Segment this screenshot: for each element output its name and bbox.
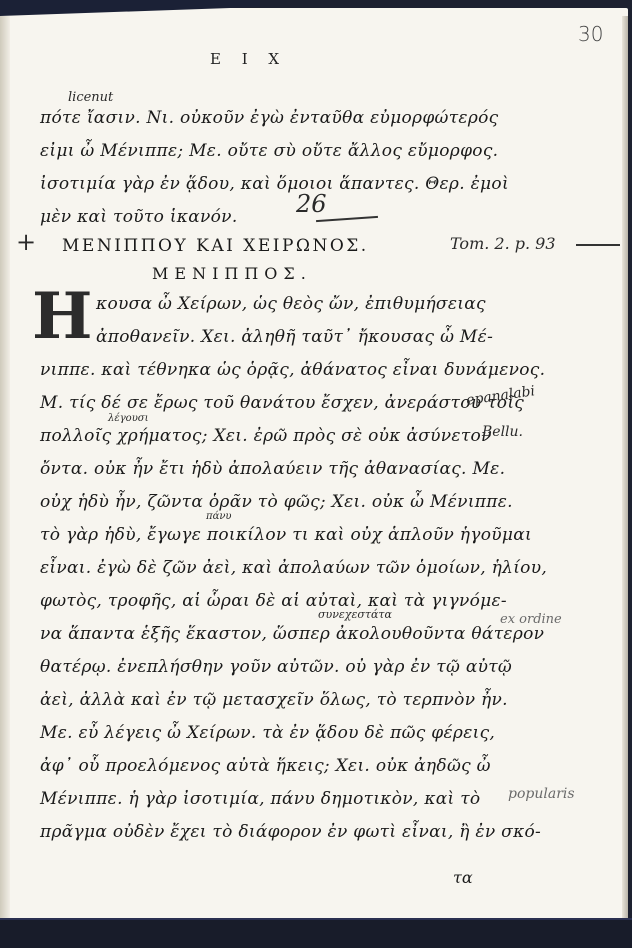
text-line: οὐχ ἡδὺ ἦν, ζῶντα ὁρᾶν τὸ φῶς; Χει. οὐκ … [40,492,513,512]
text-line: ἀφ᾽ οὗ προελόμενος αὐτὰ ἥκεις; Χει. οὐκ … [40,756,491,776]
text-line: ἰσοτιμία γὰρ ἐν ᾅδου, καὶ ὅμοιοι ἅπαντες… [40,174,509,194]
section-number-note: 26 [296,190,327,218]
marginal-note: ex ordine [500,612,562,627]
folio-number: 30 [578,22,603,46]
marginal-note: Bellu. [482,424,523,440]
section-title: ΜΕΝΙΠΠΟΥ ΚΑΙ ΧΕΙΡΩΝΟΣ. [62,236,369,256]
text-line: εἶναι. ἐγὼ δὲ ζῶν ἀεὶ, καὶ ἀπολαύων τῶν … [40,558,547,578]
text-line: πρᾶγμα οὐδὲν ἔχει τὸ διάφορον ἐν φωτὶ εἶ… [40,822,541,842]
text-line: θατέρῳ. ἐνεπλήσθην γοῦν αὐτῶν. οὐ γὰρ ἐν… [40,657,512,677]
text-line: πότε ἴασιν. Νι. οὐκοῦν ἐγὼ ἐνταῦθα εὐμορ… [40,108,499,128]
drop-cap: Η [32,286,86,348]
page-gutter [0,16,10,926]
section-reference-note: Tom. 2. p. 93 [450,234,556,253]
book-cover-edge-bottom [0,918,632,948]
text-line: ἀεὶ, ἀλλὰ καὶ ἐν τῷ μετασχεῖν ὅλως, τὸ τ… [40,690,508,710]
text-line: φωτὸς, τροφῆς, αἱ ὧραι δὲ αἱ αὐταὶ, καὶ … [40,591,507,611]
text-line: μὲν καὶ τοῦτο ἱκανόν. [40,207,238,227]
text-line: εἰμι ὦ Μένιππε; Με. οὔτε σὺ οὔτε ἄλλος ε… [40,141,498,161]
handwritten-rule [576,244,620,246]
page-edge [622,16,628,926]
text-line: τὸ γὰρ ἡδὺ, ἔγωγε ποικίλον τι καὶ οὐχ ἁπ… [40,525,532,545]
text-line: να ἅπαντα ἑξῆς ἕκαστον, ὥσπερ ἀκολουθοῦν… [40,624,544,644]
text-line: Μένιππε. ἡ γὰρ ἰσοτιμία, πάνυ δημοτικὸν,… [40,789,480,809]
marginal-note: popularis [508,786,575,802]
text-line: ὄντα. οὐκ ἦν ἔτι ἡδὺ ἀπολαύειν τῆς ἀθανα… [40,459,505,479]
interlinear-note: λέγουσι [108,413,149,424]
signature-mark: E I X [210,50,287,68]
marginal-note-above-line: licenut [68,90,113,105]
book-page: 30 E I X licenut πότε ἴασιν. Νι. οὐκοῦν … [0,8,628,926]
text-line: πολλοῖς χρήματος; Χει. ἐρῶ πρὸς σὲ οὐκ ἀ… [40,426,492,446]
interlinear-note: συνεχεστάτα [318,608,392,621]
text-line: Μ. τίς δέ σε ἔρως τοῦ θανάτου ἔσχεν, ἀνε… [40,393,524,413]
text-line: κουσα ὦ Χείρων, ὡς θεὸς ὤν, ἐπιθυμήσειας [96,294,486,314]
speaker-heading: ΜΕΝΙΠΠΟΣ. [152,264,312,283]
text-line: Με. εὖ λέγεις ὦ Χείρων. τὰ ἐν ᾅδου δὲ πῶ… [40,723,495,743]
interlinear-note: πάνυ [206,511,231,522]
cross-mark: + [16,228,36,256]
catchword: τα [453,868,473,887]
text-line: ἀποθανεῖν. Χει. ἀληθῆ ταῦτ᾽ ἤκουσας ὦ Μέ… [96,327,493,347]
text-line: νιππε. καὶ τέθνηκα ὡς ὁρᾷς, ἀθάνατος εἶν… [40,360,545,380]
